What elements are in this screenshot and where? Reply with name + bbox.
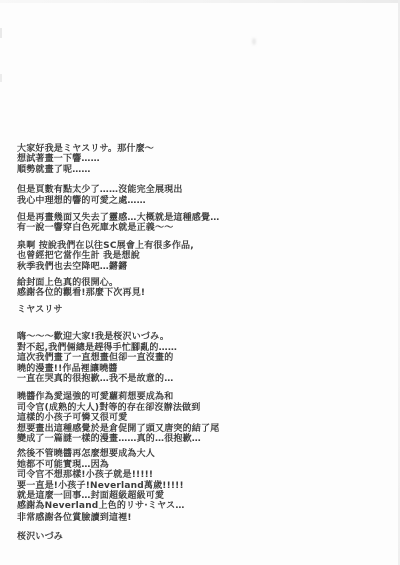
text-line: 這次我們畫了一直想畫但卻一直沒畫的 bbox=[17, 353, 383, 363]
scan-edge-artifact-left-2 bbox=[0, 74, 2, 82]
text-line: 變成了一篇謎一樣的漫畫……真的…很抱歉… bbox=[17, 434, 383, 444]
text-line: 她都不可能實現…因為 bbox=[17, 460, 383, 470]
text-line: 但是頁數有點太少了……沒能完全展現出 bbox=[17, 185, 383, 195]
paragraph: 然後不管曉醬再怎麼想要成為大人 她都不可能實現…因為 司令官不想那樣!小孩子就是… bbox=[17, 449, 383, 511]
text-line: 曉醬作為愛逞強的可愛蘿莉想要成為和 bbox=[17, 392, 383, 402]
text-line: 非常感謝各位賞臉讀到這裡! bbox=[17, 513, 383, 523]
scan-smudge-artifact bbox=[252, 38, 256, 45]
scanned-afterword-page: 大家好我是ミヤスリサ。那什麼～ 想試著畫一下響…… 順勢就畫了呢…… 但是頁數有… bbox=[0, 0, 400, 565]
paragraph: 泉啊 按說我們在以往SC展會上有很多作品, 也曾經把它當作生計 我是想說 秋季我… bbox=[17, 241, 383, 272]
text-line: 也曾經把它當作生計 我是想說 bbox=[17, 251, 383, 261]
text-line: 秋季我們也去空降吧…鏘鏘 bbox=[17, 262, 383, 272]
text-line: 曉的漫畫!!作品裡讓曉醬 bbox=[17, 364, 383, 374]
text-line: 給封面上色真的很開心。 bbox=[17, 278, 383, 288]
text-line: 司令官不想那樣!小孩子就是!!!!! bbox=[17, 470, 383, 480]
paragraph: 嗨～～～歡迎大家!我是桜沢いづみ。 對不起,我們倆總是趕得手忙腳亂的…… 這次我… bbox=[17, 332, 383, 384]
paragraph: 曉醬作為愛逞強的可愛蘿莉想要成為和 司令官(成熟的大人)對等的存在卻沒辦法做到 … bbox=[17, 392, 383, 444]
text-line: ミヤスリサ bbox=[17, 305, 383, 315]
paragraph: 非常感謝各位賞臉讀到這裡! bbox=[17, 513, 383, 523]
text-line: 對不起,我們倆總是趕得手忙腳亂的…… bbox=[17, 343, 383, 353]
text-line: 一直在哭真的很抱歉…我不是故意的… bbox=[17, 374, 383, 384]
text-line: 但是再畫幾面又失去了靈感…大概就是這種感覺… bbox=[17, 213, 383, 223]
text-line: 這樣的小孩子可憐又很可愛 bbox=[17, 413, 383, 423]
text-line: 泉啊 按說我們在以往SC展會上有很多作品, bbox=[17, 241, 383, 251]
scan-edge-artifact-left-1 bbox=[0, 28, 2, 38]
scan-edge-artifact-top bbox=[0, 0, 400, 3]
text-line: 我心中理想的響的可愛之處…… bbox=[17, 196, 383, 206]
text-line: 要一直是!小孩子!Neverland萬歲!!!!! bbox=[17, 481, 383, 491]
author-signature: ミヤスリサ bbox=[17, 305, 383, 315]
text-line: 順勢就畫了呢…… bbox=[17, 165, 383, 175]
text-line: 感謝為Neverland上色的リサ·ミヤス… bbox=[17, 501, 383, 511]
paragraph: 給封面上色真的很開心。 感謝各位的觀看!那麼下次再見! bbox=[17, 278, 383, 299]
text-line: 桜沢いづみ bbox=[17, 532, 383, 542]
paragraph: 大家好我是ミヤスリサ。那什麼～ 想試著畫一下響…… 順勢就畫了呢…… bbox=[17, 144, 383, 175]
author-signature: 桜沢いづみ bbox=[17, 532, 383, 542]
text-line: 有一說一響穿白色死庫水就是正義～～ bbox=[17, 223, 383, 233]
text-line: 嗨～～～歡迎大家!我是桜沢いづみ。 bbox=[17, 332, 383, 342]
text-line: 想試著畫一下響…… bbox=[17, 154, 383, 164]
text-line: 就是這麼一回事…封面超級超級可愛 bbox=[17, 491, 383, 501]
text-line: 想要畫出這種感覺於是倉促開了頭又唐突的結了尾 bbox=[17, 424, 383, 434]
text-line: 感謝各位的觀看!那麼下次再見! bbox=[17, 288, 383, 298]
afterword-text: 大家好我是ミヤスリサ。那什麼～ 想試著畫一下響…… 順勢就畫了呢…… 但是頁數有… bbox=[17, 144, 383, 543]
text-line: 然後不管曉醬再怎麼想要成為大人 bbox=[17, 449, 383, 459]
text-line: 司令官(成熟的大人)對等的存在卻沒辦法做到 bbox=[17, 403, 383, 413]
paragraph: 但是再畫幾面又失去了靈感…大概就是這種感覺… 有一說一響穿白色死庫水就是正義～～ bbox=[17, 213, 383, 234]
paragraph: 但是頁數有點太少了……沒能完全展現出 我心中理想的響的可愛之處…… bbox=[17, 185, 383, 206]
text-line: 大家好我是ミヤスリサ。那什麼～ bbox=[17, 144, 383, 154]
